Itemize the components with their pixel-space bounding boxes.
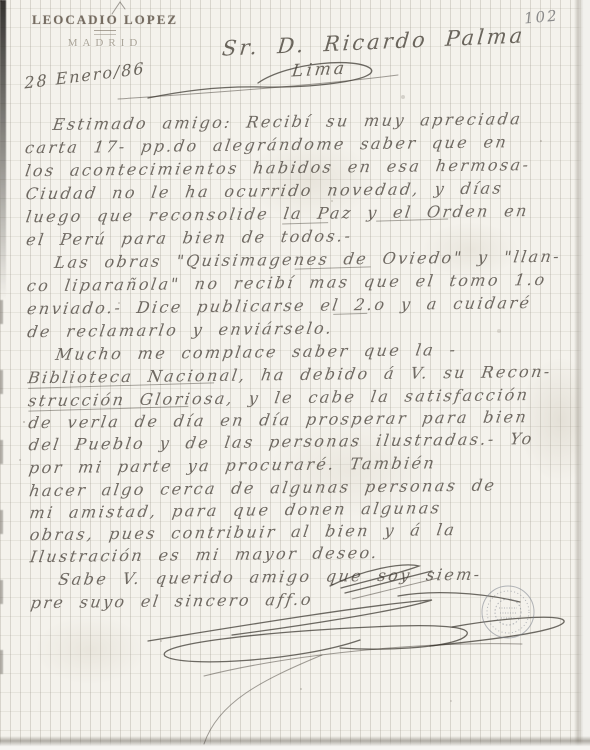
letter-line: por mi parte ya procuraré. También bbox=[28, 453, 438, 477]
letter-line: luego que reconsolide la Paz y el Orden … bbox=[25, 201, 531, 226]
letter-line: pre suyo el sincero aff.o bbox=[29, 590, 314, 612]
letter-line: de reclamarlo y enviárselo. bbox=[26, 319, 335, 342]
letter-line: los acontecimientos habidos en esa hermo… bbox=[24, 155, 532, 180]
letter-line: de verla de día en día prosperar para bi… bbox=[27, 407, 529, 432]
letter-line: hacer algo cerca de algunas personas de bbox=[28, 476, 498, 501]
letter-body: Estimado amigo: Recibí su muy apreciada … bbox=[0, 0, 590, 750]
letter-line: Mucho me complace saber que la - bbox=[54, 340, 459, 364]
letter-line: mi amistad, para que donen algunas bbox=[28, 498, 443, 522]
letter-line: Sabe V. querido amigo que soy siem- bbox=[57, 565, 483, 589]
scanned-letter-page: LEOCADIO LOPEZ MADRID 102 Sr. D. Ricardo… bbox=[0, 0, 590, 750]
letter-line: co liparañola" no recibí mas que el tomo… bbox=[26, 270, 549, 295]
letter-line: Biblioteca Nacional, ha debido á V. su R… bbox=[27, 362, 554, 387]
letter-line: strucción Gloriosa, y le cabe la satisfa… bbox=[27, 385, 531, 410]
letter-line: Ilustración es mi mayor deseo. bbox=[29, 543, 381, 566]
letter-line: obras, pues contribuir al bien y á la bbox=[29, 520, 458, 544]
underline-la-paz bbox=[282, 222, 328, 224]
letter-line: enviado.- Dice publicarse el 2.o y a cui… bbox=[26, 293, 533, 318]
letter-line: Estimado amigo: Recibí su muy apreciada bbox=[52, 109, 524, 134]
letter-line: el Perú para bien de todos.- bbox=[25, 226, 354, 249]
letter-line: carta 17- pp.do alegrándome saber que en bbox=[24, 132, 510, 157]
letter-line: Ciudad no le ha ocurrido novedad, y días bbox=[24, 178, 504, 203]
letter-line: del Pueblo y de las personas ilustradas.… bbox=[27, 429, 535, 454]
underline-el-2o bbox=[333, 313, 367, 315]
